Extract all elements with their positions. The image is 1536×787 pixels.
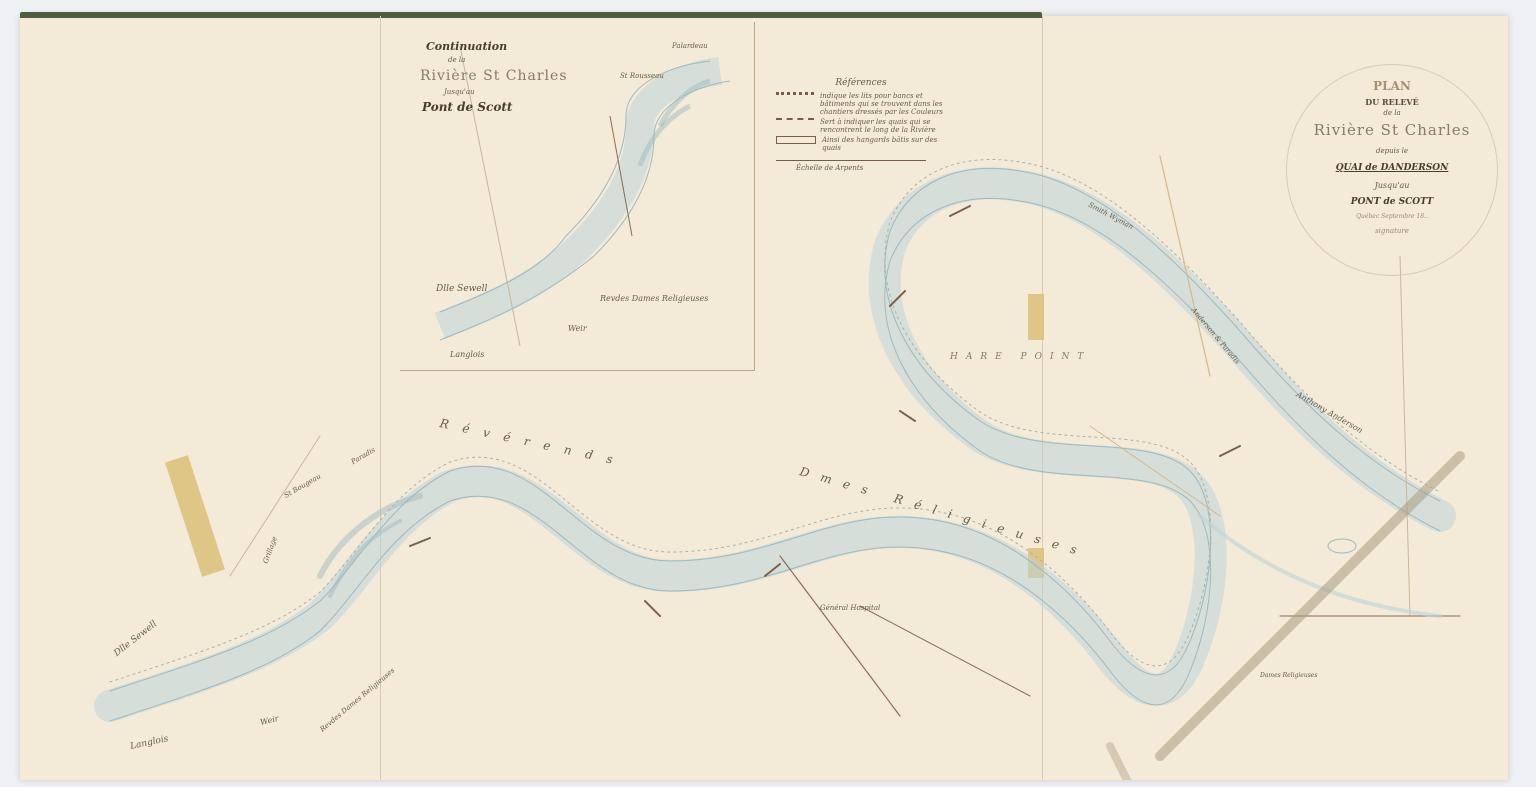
inset-label-weir: Weir (568, 324, 587, 333)
cartouche-quai: QUAI de DANDERSON (1287, 163, 1497, 173)
title-cartouche: PLAN DU RELEVÉ de la Rivière St Charles … (1286, 64, 1498, 276)
label-hare-point: HARE POINT (950, 352, 1091, 362)
inset-title-continuation: Continuation (426, 40, 507, 53)
legend-item: Ainsi des hangards bâtis sur des quais (776, 136, 946, 152)
map-sheet: Continuation de la Rivière St Charles Ju… (20, 16, 1508, 780)
inset-title-river: Rivière St Charles (420, 68, 568, 84)
label-general-hospital: Général Hospital (820, 604, 880, 612)
inset-label-palardeau: Palardeau (672, 42, 708, 50)
inset-title-jusquau: Jusqu'au (444, 88, 475, 96)
tick-line-icon (776, 118, 814, 128)
legend-item: indique les lits pour bancs et bâtiments… (776, 92, 946, 116)
legend-title: Références (776, 78, 946, 88)
double-rect-icon (776, 136, 816, 144)
river-map-drawing (20, 16, 1508, 780)
cartouche-jusquau: Jusqu'au (1287, 181, 1497, 190)
cartouche-releve: DU RELEVÉ (1287, 97, 1497, 107)
inset-label-sewell: Dlle Sewell (436, 284, 487, 294)
scale-label: Échelle de Arpents (796, 164, 946, 172)
inset-label-langlois: Langlois (450, 350, 484, 359)
inset-map-frame: Continuation de la Rivière St Charles Ju… (400, 22, 755, 371)
inset-title-de-la: de la (448, 56, 465, 64)
cartouche-pont: PONT de SCOTT (1287, 197, 1497, 207)
dotted-hatch-icon (776, 92, 814, 103)
inset-label-religieuses: Revdes Dames Religieuses (600, 294, 708, 303)
legend: Références indique les lits pour bancs e… (776, 78, 946, 172)
inset-label-rousseau: St Rousseau (620, 72, 664, 80)
cartouche-signature: signature (1287, 227, 1497, 235)
cartouche-depuis: depuis le (1287, 147, 1497, 155)
cartouche-date: Québec Septembre 18.. (1287, 213, 1497, 220)
inset-title-pont-scott: Pont de Scott (422, 100, 512, 114)
legend-item: Sert à indiquer les quais qui se rencont… (776, 118, 946, 134)
cartouche-plan: PLAN (1287, 79, 1497, 93)
cartouche-river: Rivière St Charles (1287, 121, 1497, 139)
label-dames-religieuses-lower: Dames Religieuses (1260, 672, 1317, 679)
cartouche-de-la: de la (1287, 109, 1497, 117)
